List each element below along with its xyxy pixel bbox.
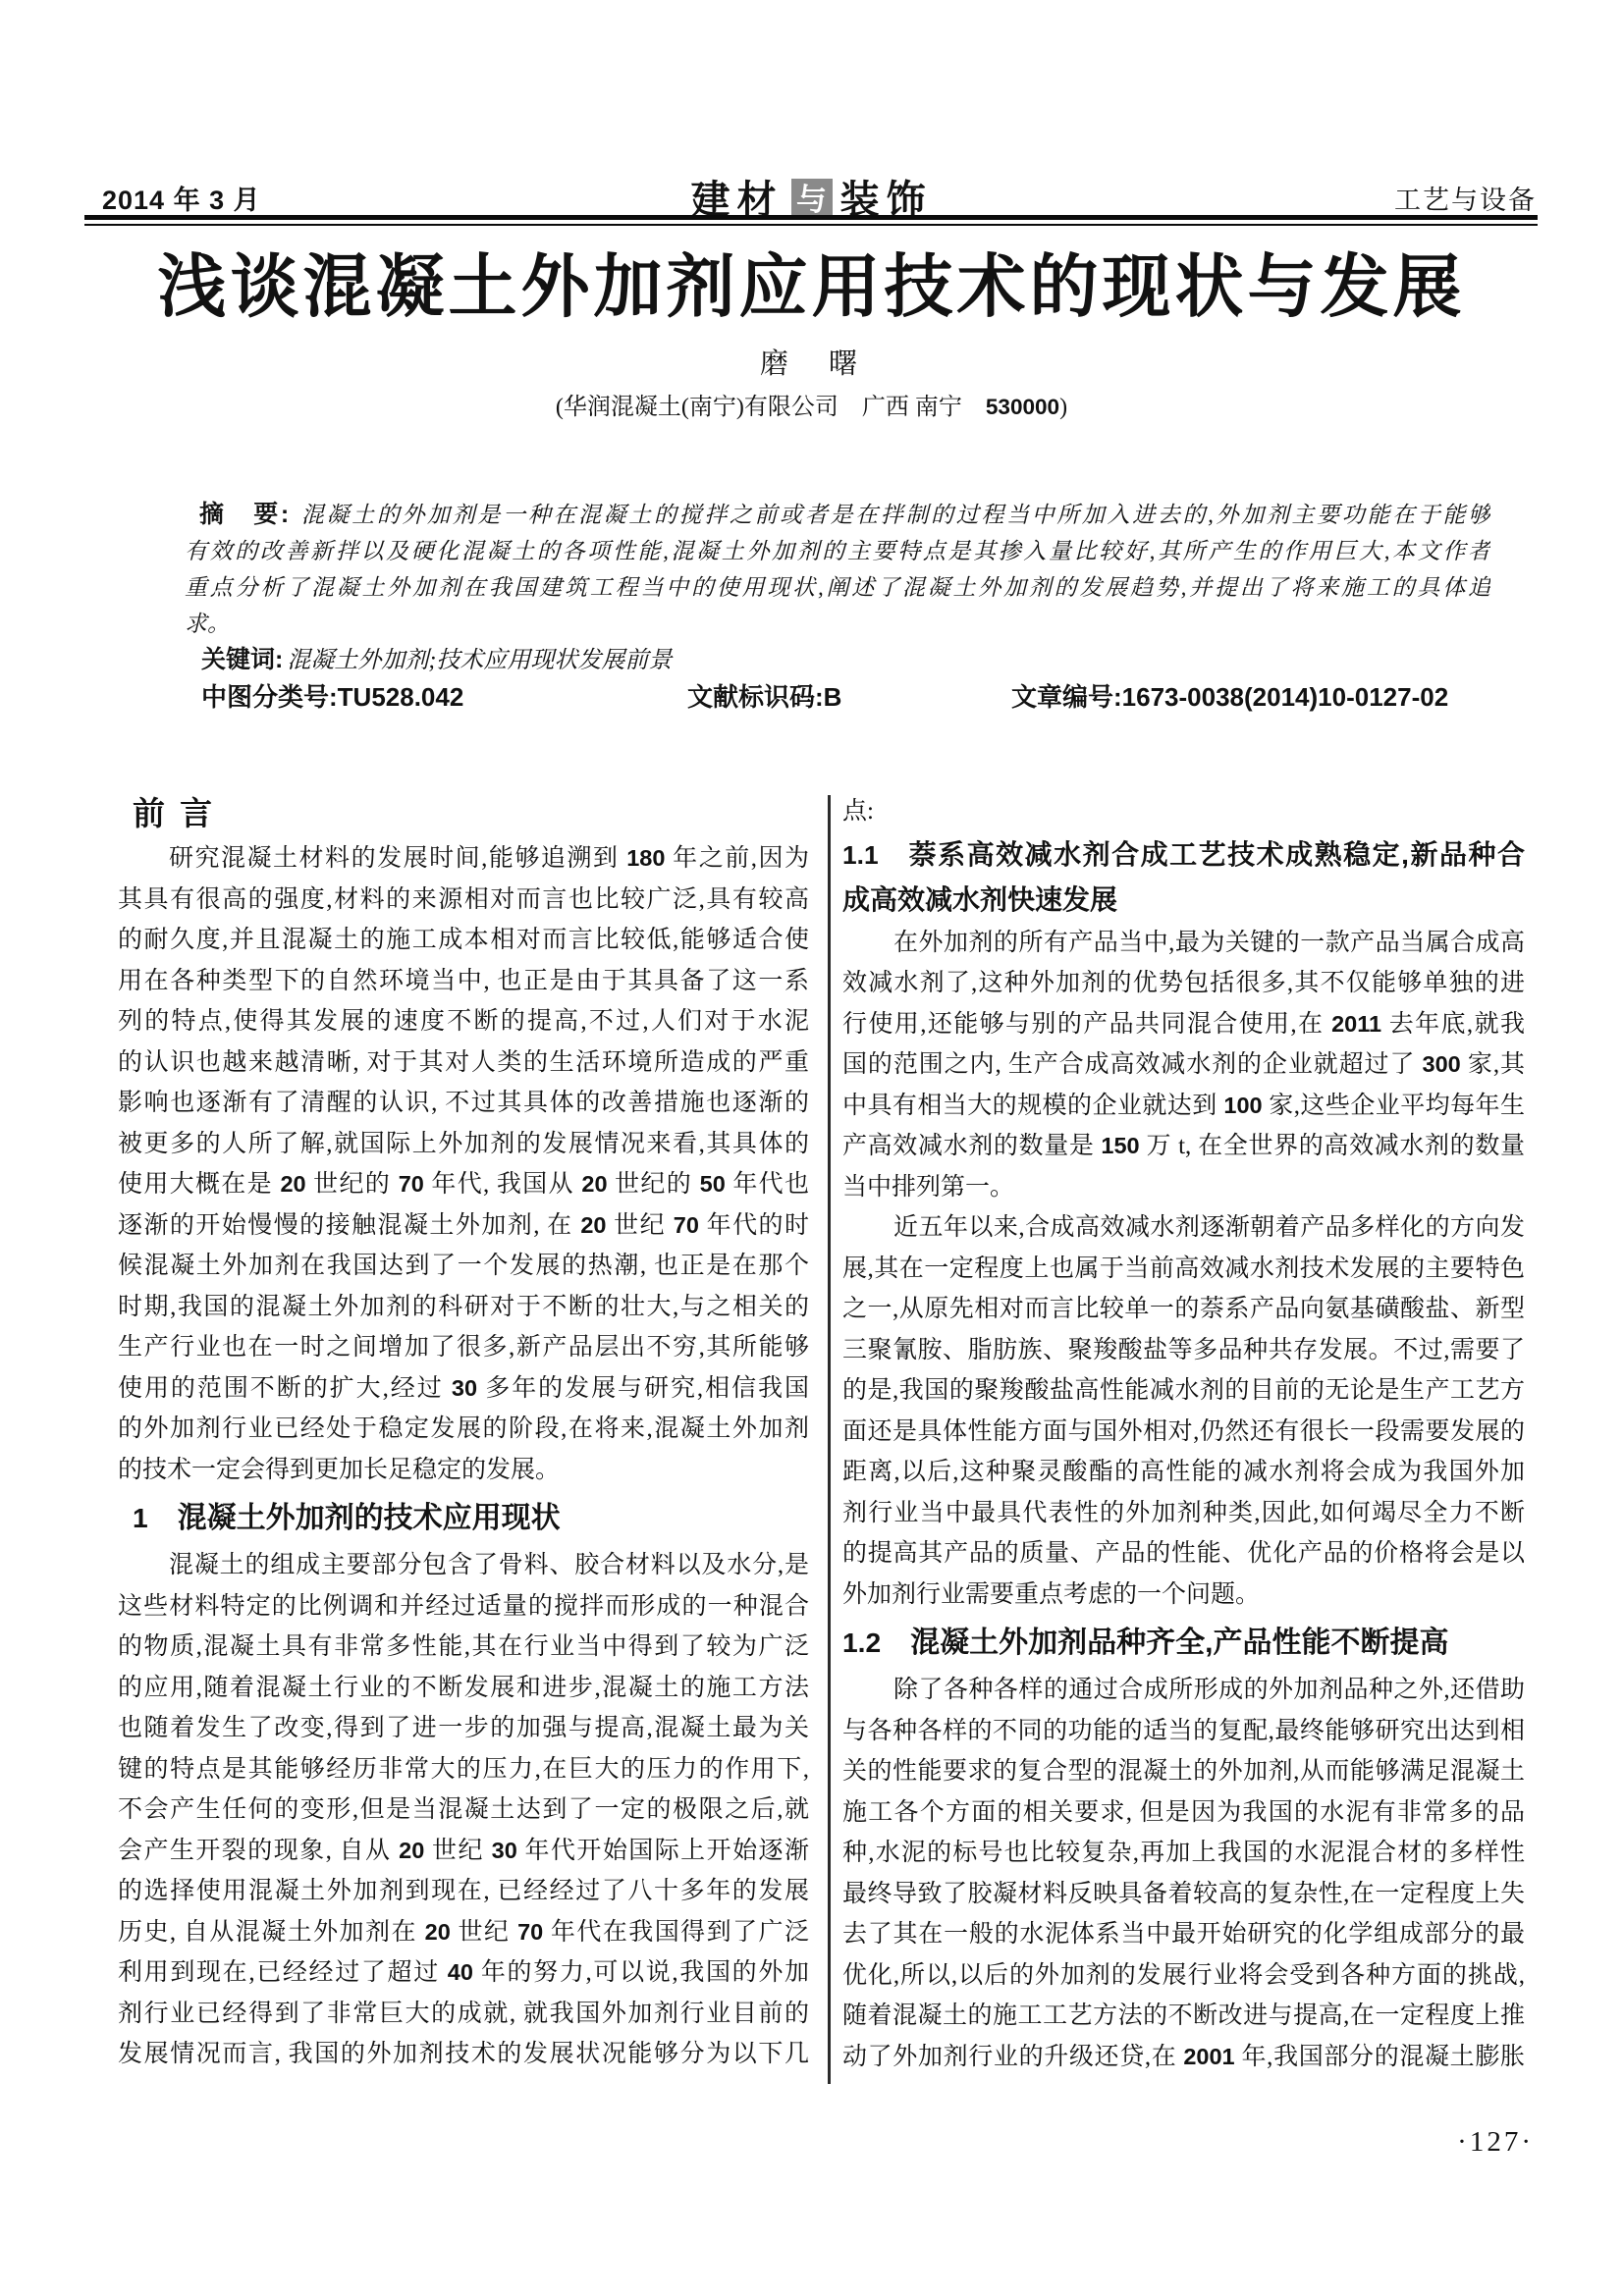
page-number: ·127· <box>1457 2126 1534 2159</box>
body-text-line: 被更多的人所了解,就国际上外加剂的发展情况来看,其具体的 <box>118 1124 809 1165</box>
body-text-line: 也随着发生了改变,得到了进一步的加强与提高,混凝土最为关 <box>118 1708 809 1749</box>
clc-value: TU528.042 <box>338 682 464 712</box>
section-heading: 成高效减水剂快速发展 <box>842 878 1525 923</box>
body-text-line: 面还是具体性能方面与国外相对,仍然还有很长一段需要发展的 <box>842 1412 1525 1453</box>
body-text-line: 影响也逐渐有了清醒的认识, 不过其具体的改善措施也逐渐的 <box>118 1083 809 1124</box>
body-text-line: 不会产生任何的变形,但是当混凝土达到了一定的极限之后,就 <box>118 1789 809 1831</box>
doc-code-value: B <box>824 682 842 712</box>
abstract-line: 有效的改善新拌以及硬化混凝土的各项性能,混凝土外加剂的主要特点是其掺入量比较好,… <box>185 533 1490 569</box>
body-text-line: 混凝土的组成主要部分包含了骨料、胶合材料以及水分,是 <box>118 1545 809 1586</box>
clc-number: 中图分类号:TU528.042 <box>201 677 463 717</box>
header-rule-thick <box>84 215 1538 220</box>
body-text-line: 之一,从原先相对而言比较单一的萘系产品向氨基磺酸盐、新型 <box>842 1289 1525 1330</box>
body-text-line: 时期,我国的混凝土外加剂的科研对于不断的壮大,与之相关的 <box>118 1287 809 1328</box>
article-id: 文章编号:1673-0038(2014)10-0127-02 <box>1011 677 1448 717</box>
body-text-line: 施工各个方面的相关要求, 但是因为我国的水泥有非常多的品 <box>842 1792 1525 1834</box>
abstract-line: 求。 <box>185 606 1490 642</box>
body-text-line: 关的性能要求的复合型的混凝土的外加剂,从而能够满足混凝土 <box>842 1751 1525 1792</box>
doc-code-label: 文献标识码: <box>687 682 824 712</box>
body-text-line: 用在各种类型下的自然环境当中, 也正是由于其具备了这一系 <box>118 961 809 1002</box>
body-text-line: 的选择使用混凝土外加剂到现在, 已经经过了八十多年的发展 <box>118 1871 809 1912</box>
body-text-line: 研究混凝土材料的发展时间,能够追溯到 180 年之前,因为 <box>118 838 809 880</box>
body-column-right: 点:1.1 萘系高效减水剂合成工艺技术成熟稳定,新品种合成高效减水剂快速发展在外… <box>842 791 1525 2077</box>
article-title: 浅谈混凝土外加剂应用技术的现状与发展 <box>0 247 1623 330</box>
body-text-line: 这些材料特定的比例调和并经过适量的搅拌而形成的一种混合 <box>118 1586 809 1628</box>
body-text-line: 的外加剂行业已经处于稳定发展的阶段,在将来,混凝土外加剂 <box>118 1409 809 1450</box>
body-text-line: 会产生开裂的现象, 自从 20 世纪 30 年代开始国际上开始逐渐 <box>118 1831 809 1872</box>
body-text-line: 的耐久度,并且混凝土的施工成本相对而言比较低,能够适合使 <box>118 920 809 961</box>
section-heading: 1.1 萘系高效减水剂合成工艺技术成熟稳定,新品种合 <box>842 832 1525 878</box>
article-id-value: 1673-0038(2014)10-0127-02 <box>1122 682 1449 712</box>
body-text-line: 生产行业也在一时之间增加了很多,新产品层出不穷,其所能够 <box>118 1327 809 1368</box>
body-text-line: 的物质,混凝土具有非常多性能,其在行业当中得到了较为广泛 <box>118 1627 809 1668</box>
clc-label: 中图分类号: <box>201 682 338 712</box>
column-divider <box>828 795 831 2084</box>
body-text-line: 国的范围之内, 生产合成高效减水剂的企业就超过了 300 家,其 <box>842 1044 1525 1086</box>
abstract-block: 摘 要:混凝土的外加剂是一种在混凝土的搅拌之前或者是在拌制的过程当中所加入进去的… <box>185 497 1490 642</box>
body-text-line: 键的特点是其能够经历非常大的压力,在巨大的压力的作用下, <box>118 1749 809 1790</box>
body-text-line: 其具有很高的强度,材料的来源相对而言也比较广泛,具有较高 <box>118 880 809 921</box>
keywords-row: 关键词: 混凝土外加剂;技术应用现状发展前景 <box>201 642 672 678</box>
body-text-line: 的应用,随着混凝土行业的不断发展和进步,混凝土的施工方法 <box>118 1668 809 1709</box>
body-text-line: 的技术一定会得到更加长足稳定的发展。 <box>118 1450 809 1491</box>
section-heading: 1.2 混凝土外加剂品种齐全,产品性能不断提高 <box>842 1615 1525 1670</box>
body-text-line: 剂行业已经得到了非常巨大的成就, 就我国外加剂行业目前的 <box>118 1994 809 2035</box>
body-text-line: 候混凝土外加剂在我国达到了一个发展的热潮, 也正是在那个 <box>118 1246 809 1287</box>
body-text-line: 效减水剂了,这种外加剂的优势包括很多,其不仅能够单独的进 <box>842 963 1525 1004</box>
body-text-line: 随着混凝土的施工工艺方法的不断改进与提高,在一定程度上推 <box>842 1996 1525 2037</box>
section-heading: 1 混凝土外加剂的技术应用现状 <box>118 1490 809 1545</box>
body-text-line: 与各种各样的不同的功能的适当的复配,最终能够研究出达到相 <box>842 1711 1525 1752</box>
body-text-line: 点: <box>842 791 1525 832</box>
author-affiliation: (华润混凝土(南宁)有限公司 广西 南宁 530000) <box>0 387 1623 421</box>
body-text-line: 历史, 自从混凝土外加剂在 20 世纪 70 年代在我国得到了广泛 <box>118 1912 809 1953</box>
body-text-line: 列的特点,使得其发展的速度不断的提高,不过,人们对于水泥 <box>118 1001 809 1042</box>
body-text-line: 使用的范围不断的扩大,经过 30 多年的发展与研究,相信我国 <box>118 1368 809 1410</box>
body-text-line: 中具有相当大的规模的企业就达到 100 家,这些企业平均每年生 <box>842 1086 1525 1127</box>
body-text-line: 在外加剂的所有产品当中,最为关键的一款产品当属合成高 <box>842 923 1525 964</box>
body-text-line: 产高效减水剂的数量是 150 万 t, 在全世界的高效减水剂的数量 <box>842 1126 1525 1167</box>
abstract-line: 摘 要:混凝土的外加剂是一种在混凝土的搅拌之前或者是在拌制的过程当中所加入进去的… <box>185 497 1490 533</box>
body-text-line: 除了各种各样的通过合成所形成的外加剂品种之外,还借助 <box>842 1670 1525 1711</box>
document-code: 文献标识码:B <box>687 677 841 717</box>
body-text-line: 剂行业当中最具代表性的外加剂种类,因此,如何竭尽全力不断 <box>842 1493 1525 1534</box>
abstract-label: 摘 要: <box>199 501 289 528</box>
abstract-line: 重点分析了混凝土外加剂在我国建筑工程当中的使用现状,阐述了混凝土外加剂的发展趋势… <box>185 569 1490 606</box>
body-text-line: 距离,以后,这种聚灵酸酯的高性能的减水剂将会成为我国外加 <box>842 1452 1525 1493</box>
journal-page: 2014 年 3 月 建材与装饰 工艺与设备 浅谈混凝土外加剂应用技术的现状与发… <box>0 0 1623 2296</box>
body-text-line: 逐渐的开始慢慢的接触混凝土外加剂, 在 20 世纪 70 年代的时 <box>118 1205 809 1247</box>
body-text-line: 行使用,还能够与别的产品共同混合使用,在 2011 去年底,就我 <box>842 1004 1525 1045</box>
body-text-line: 优化,所以,以后的外加剂的发展行业将会受到各种方面的挑战, <box>842 1955 1525 1997</box>
article-id-label: 文章编号: <box>1011 682 1122 712</box>
body-column-left: 前 言研究混凝土材料的发展时间,能够追溯到 180 年之前,因为其具有很高的强度… <box>118 791 809 2075</box>
body-text-line: 的认识也越来越清晰, 对于其对人类的生活环境所造成的严重 <box>118 1042 809 1084</box>
header-rule-thin <box>84 224 1538 226</box>
body-text-line: 三聚氰胺、脂肪族、聚羧酸盐等多品种共存发展。不过,需要了解 <box>842 1330 1525 1371</box>
body-text-line: 最终导致了胶凝材料反映具备着较高的复杂性,在一定程度上失 <box>842 1874 1525 1915</box>
body-text-line: 当中排列第一。 <box>842 1167 1525 1208</box>
section-heading: 前 言 <box>118 791 809 838</box>
body-text-line: 外加剂行业需要重点考虑的一个问题。 <box>842 1575 1525 1616</box>
body-text-line: 的是,我国的聚羧酸盐高性能减水剂的目前的无论是生产工艺方 <box>842 1370 1525 1412</box>
column-category: 工艺与设备 <box>1394 179 1537 217</box>
body-text-line: 发展情况而言, 我国的外加剂技术的发展状况能够分为以下几 <box>118 2034 809 2075</box>
keywords-value: 混凝土外加剂;技术应用现状发展前景 <box>287 648 672 673</box>
abstract-text: 混凝土的外加剂是一种在混凝土的搅拌之前或者是在拌制的过程当中所加入进去的,外加剂… <box>298 503 1490 527</box>
author-name: 磨 曙 <box>0 342 1623 382</box>
body-text-line: 展,其在一定程度上也属于当前高效减水剂技术发展的主要特色 <box>842 1249 1525 1290</box>
body-text-line: 利用到现在,已经经过了超过 40 年的努力,可以说,我国的外加 <box>118 1952 809 1994</box>
body-text-line: 种,水泥的标号也比较复杂,再加上我国的水泥混合材的多样性 <box>842 1833 1525 1874</box>
body-text-line: 使用大概在是 20 世纪的 70 年代, 我国从 20 世纪的 50 年代也 <box>118 1164 809 1205</box>
body-text-line: 动了外加剂行业的升级还贷,在 2001 年,我国部分的混凝土膨胀 <box>842 2037 1525 2078</box>
body-text-line: 去了其在一般的水泥体系当中最开始研究的化学组成部分的最 <box>842 1914 1525 1955</box>
body-text-line: 的提高其产品的质量、产品的性能、优化产品的价格将会是以后 <box>842 1533 1525 1575</box>
body-text-line: 近五年以来,合成高效减水剂逐渐朝着产品多样化的方向发 <box>842 1207 1525 1249</box>
keywords-label: 关键词: <box>201 646 283 673</box>
